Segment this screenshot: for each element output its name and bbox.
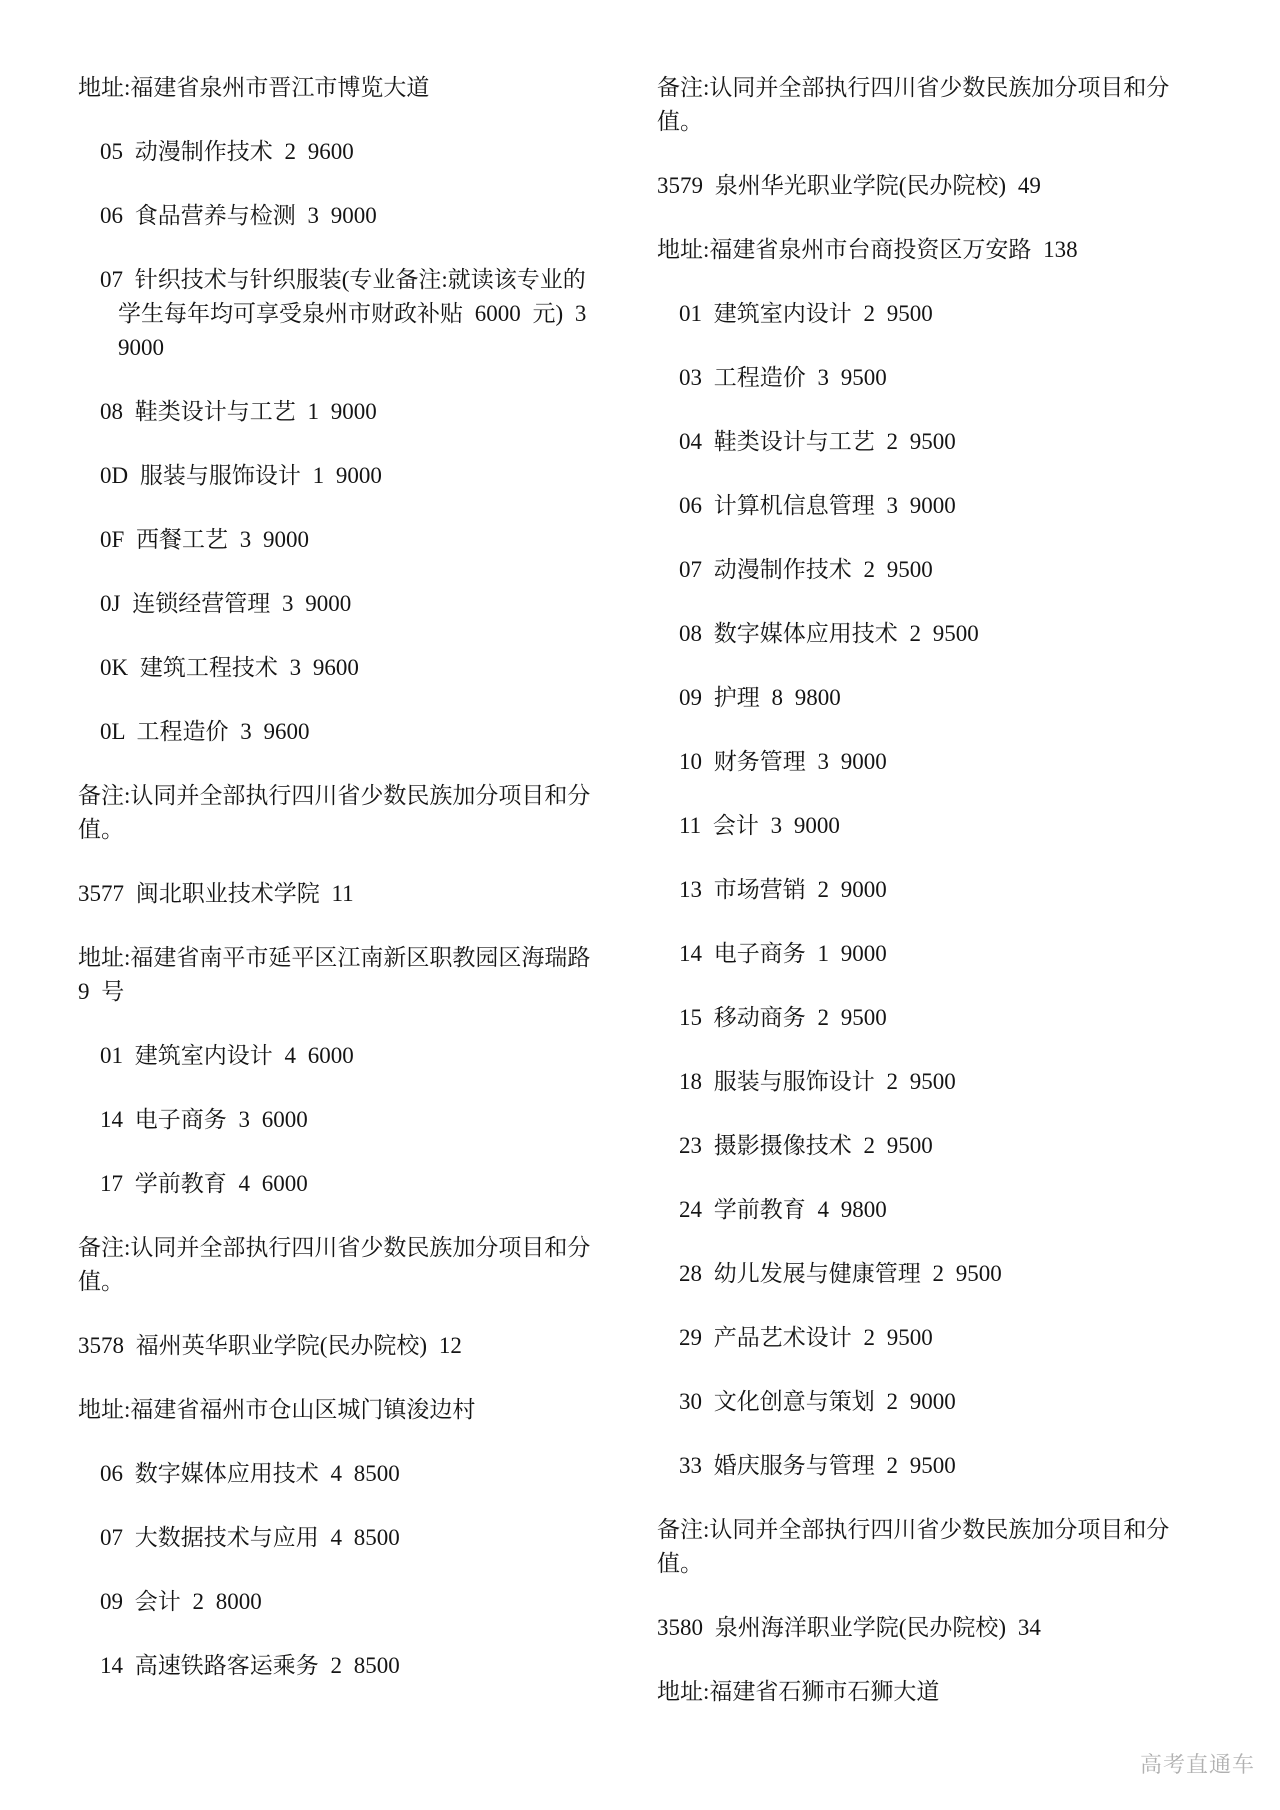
text-line: 28 幼儿发展与健康管理 2 9500 [657,1257,1197,1291]
major-item: 0F 西餐工艺 3 9000 [78,523,618,557]
major-item: 08 鞋类设计与工艺 1 9000 [78,395,618,429]
major-item: 17 学前教育 4 6000 [78,1167,618,1201]
note-block: 备注:认同并全部执行四川省少数民族加分项目和分值。 [657,1513,1197,1581]
address-block: 地址:福建省泉州市晋江市博览大道 [78,71,618,105]
text-line: 3580 泉州海洋职业学院(民办院校) 34 [657,1611,1197,1645]
text-line: 33 婚庆服务与管理 2 9500 [657,1449,1197,1483]
text-line: 0K 建筑工程技术 3 9600 [78,651,618,685]
major-item: 13 市场营销 2 9000 [657,873,1197,907]
text-line: 值。 [657,105,1197,139]
major-item: 01 建筑室内设计 2 9500 [657,297,1197,331]
major-item: 0L 工程造价 3 9600 [78,715,618,749]
major-item: 06 食品营养与检测 3 9000 [78,199,618,233]
text-line: 01 建筑室内设计 2 9500 [657,297,1197,331]
major-item: 07 大数据技术与应用 4 8500 [78,1521,618,1555]
major-item: 15 移动商务 2 9500 [657,1001,1197,1035]
major-item: 24 学前教育 4 9800 [657,1193,1197,1227]
address-block: 地址:福建省福州市仓山区城门镇浚边村 [78,1393,618,1427]
major-item: 01 建筑室内设计 4 6000 [78,1039,618,1073]
major-item: 09 护理 8 9800 [657,681,1197,715]
major-item: 33 婚庆服务与管理 2 9500 [657,1449,1197,1483]
text-line: 9000 [78,331,618,365]
school-header: 3578 福州英华职业学院(民办院校) 12 [78,1329,618,1363]
text-line: 08 鞋类设计与工艺 1 9000 [78,395,618,429]
note-block: 备注:认同并全部执行四川省少数民族加分项目和分值。 [78,779,618,847]
text-line: 18 服装与服饰设计 2 9500 [657,1065,1197,1099]
major-item: 11 会计 3 9000 [657,809,1197,843]
major-item: 14 电子商务 3 6000 [78,1103,618,1137]
text-line: 值。 [78,813,618,847]
text-line: 07 大数据技术与应用 4 8500 [78,1521,618,1555]
major-item: 10 财务管理 3 9000 [657,745,1197,779]
text-line: 06 计算机信息管理 3 9000 [657,489,1197,523]
text-line: 备注:认同并全部执行四川省少数民族加分项目和分 [657,71,1197,105]
text-line: 备注:认同并全部执行四川省少数民族加分项目和分 [78,779,618,813]
text-line: 08 数字媒体应用技术 2 9500 [657,617,1197,651]
major-item: 29 产品艺术设计 2 9500 [657,1321,1197,1355]
major-item: 07 动漫制作技术 2 9500 [657,553,1197,587]
major-item: 08 数字媒体应用技术 2 9500 [657,617,1197,651]
text-line: 3577 闽北职业技术学院 11 [78,877,618,911]
major-item: 28 幼儿发展与健康管理 2 9500 [657,1257,1197,1291]
text-line: 30 文化创意与策划 2 9000 [657,1385,1197,1419]
major-item: 07 针织技术与针织服装(专业备注:就读该专业的学生每年均可享受泉州市财政补贴 … [78,263,618,365]
text-line: 05 动漫制作技术 2 9600 [78,135,618,169]
school-header: 3577 闽北职业技术学院 11 [78,877,618,911]
text-line: 13 市场营销 2 9000 [657,873,1197,907]
major-item: 0K 建筑工程技术 3 9600 [78,651,618,685]
text-line: 值。 [78,1265,618,1299]
text-line: 学生每年均可享受泉州市财政补贴 6000 元) 3 [78,297,618,331]
text-line: 17 学前教育 4 6000 [78,1167,618,1201]
text-line: 0J 连锁经营管理 3 9000 [78,587,618,621]
text-line: 01 建筑室内设计 4 6000 [78,1039,618,1073]
text-line: 07 针织技术与针织服装(专业备注:就读该专业的 [78,263,618,297]
major-item: 06 数字媒体应用技术 4 8500 [78,1457,618,1491]
text-line: 24 学前教育 4 9800 [657,1193,1197,1227]
text-line: 14 电子商务 3 6000 [78,1103,618,1137]
text-line: 地址:福建省石狮市石狮大道 [657,1675,1197,1709]
text-line: 地址:福建省福州市仓山区城门镇浚边村 [78,1393,618,1427]
right-column: 备注:认同并全部执行四川省少数民族加分项目和分值。3579 泉州华光职业学院(民… [657,71,1197,1739]
major-item: 06 计算机信息管理 3 9000 [657,489,1197,523]
text-line: 地址:福建省南平市延平区江南新区职教园区海瑞路 [78,941,618,975]
major-item: 05 动漫制作技术 2 9600 [78,135,618,169]
text-line: 备注:认同并全部执行四川省少数民族加分项目和分 [657,1513,1197,1547]
left-column: 地址:福建省泉州市晋江市博览大道05 动漫制作技术 2 960006 食品营养与… [78,71,618,1739]
major-item: 04 鞋类设计与工艺 2 9500 [657,425,1197,459]
text-line: 值。 [657,1547,1197,1581]
major-item: 14 电子商务 1 9000 [657,937,1197,971]
text-line: 3579 泉州华光职业学院(民办院校) 49 [657,169,1197,203]
text-line: 9 号 [78,975,618,1009]
note-block: 备注:认同并全部执行四川省少数民族加分项目和分值。 [78,1231,618,1299]
text-line: 14 高速铁路客运乘务 2 8500 [78,1649,618,1683]
text-line: 0F 西餐工艺 3 9000 [78,523,618,557]
text-line: 29 产品艺术设计 2 9500 [657,1321,1197,1355]
text-line: 11 会计 3 9000 [657,809,1197,843]
text-line: 10 财务管理 3 9000 [657,745,1197,779]
school-header: 3579 泉州华光职业学院(民办院校) 49 [657,169,1197,203]
text-body: 地址:福建省泉州市晋江市博览大道05 动漫制作技术 2 960006 食品营养与… [78,71,1197,1739]
text-line: 04 鞋类设计与工艺 2 9500 [657,425,1197,459]
text-line: 15 移动商务 2 9500 [657,1001,1197,1035]
document-page: { "page": { "background": "#ffffff", "te… [0,0,1280,1810]
address-block: 地址:福建省泉州市台商投资区万安路 138 [657,233,1197,267]
major-item: 14 高速铁路客运乘务 2 8500 [78,1649,618,1683]
note-block: 备注:认同并全部执行四川省少数民族加分项目和分值。 [657,71,1197,139]
text-line: 0D 服装与服饰设计 1 9000 [78,459,618,493]
major-item: 30 文化创意与策划 2 9000 [657,1385,1197,1419]
major-item: 0J 连锁经营管理 3 9000 [78,587,618,621]
text-line: 地址:福建省泉州市台商投资区万安路 138 [657,233,1197,267]
text-line: 06 食品营养与检测 3 9000 [78,199,618,233]
text-line: 3578 福州英华职业学院(民办院校) 12 [78,1329,618,1363]
text-line: 07 动漫制作技术 2 9500 [657,553,1197,587]
major-item: 09 会计 2 8000 [78,1585,618,1619]
text-line: 09 护理 8 9800 [657,681,1197,715]
address-block: 地址:福建省石狮市石狮大道 [657,1675,1197,1709]
watermark: 高考直通车 [1140,1752,1255,1778]
text-line: 14 电子商务 1 9000 [657,937,1197,971]
major-item: 23 摄影摄像技术 2 9500 [657,1129,1197,1163]
text-line: 03 工程造价 3 9500 [657,361,1197,395]
major-item: 18 服装与服饰设计 2 9500 [657,1065,1197,1099]
text-line: 备注:认同并全部执行四川省少数民族加分项目和分 [78,1231,618,1265]
major-item: 03 工程造价 3 9500 [657,361,1197,395]
text-line: 06 数字媒体应用技术 4 8500 [78,1457,618,1491]
text-line: 地址:福建省泉州市晋江市博览大道 [78,71,618,105]
address-block: 地址:福建省南平市延平区江南新区职教园区海瑞路9 号 [78,941,618,1009]
text-line: 0L 工程造价 3 9600 [78,715,618,749]
text-line: 09 会计 2 8000 [78,1585,618,1619]
major-item: 0D 服装与服饰设计 1 9000 [78,459,618,493]
school-header: 3580 泉州海洋职业学院(民办院校) 34 [657,1611,1197,1645]
text-line: 23 摄影摄像技术 2 9500 [657,1129,1197,1163]
